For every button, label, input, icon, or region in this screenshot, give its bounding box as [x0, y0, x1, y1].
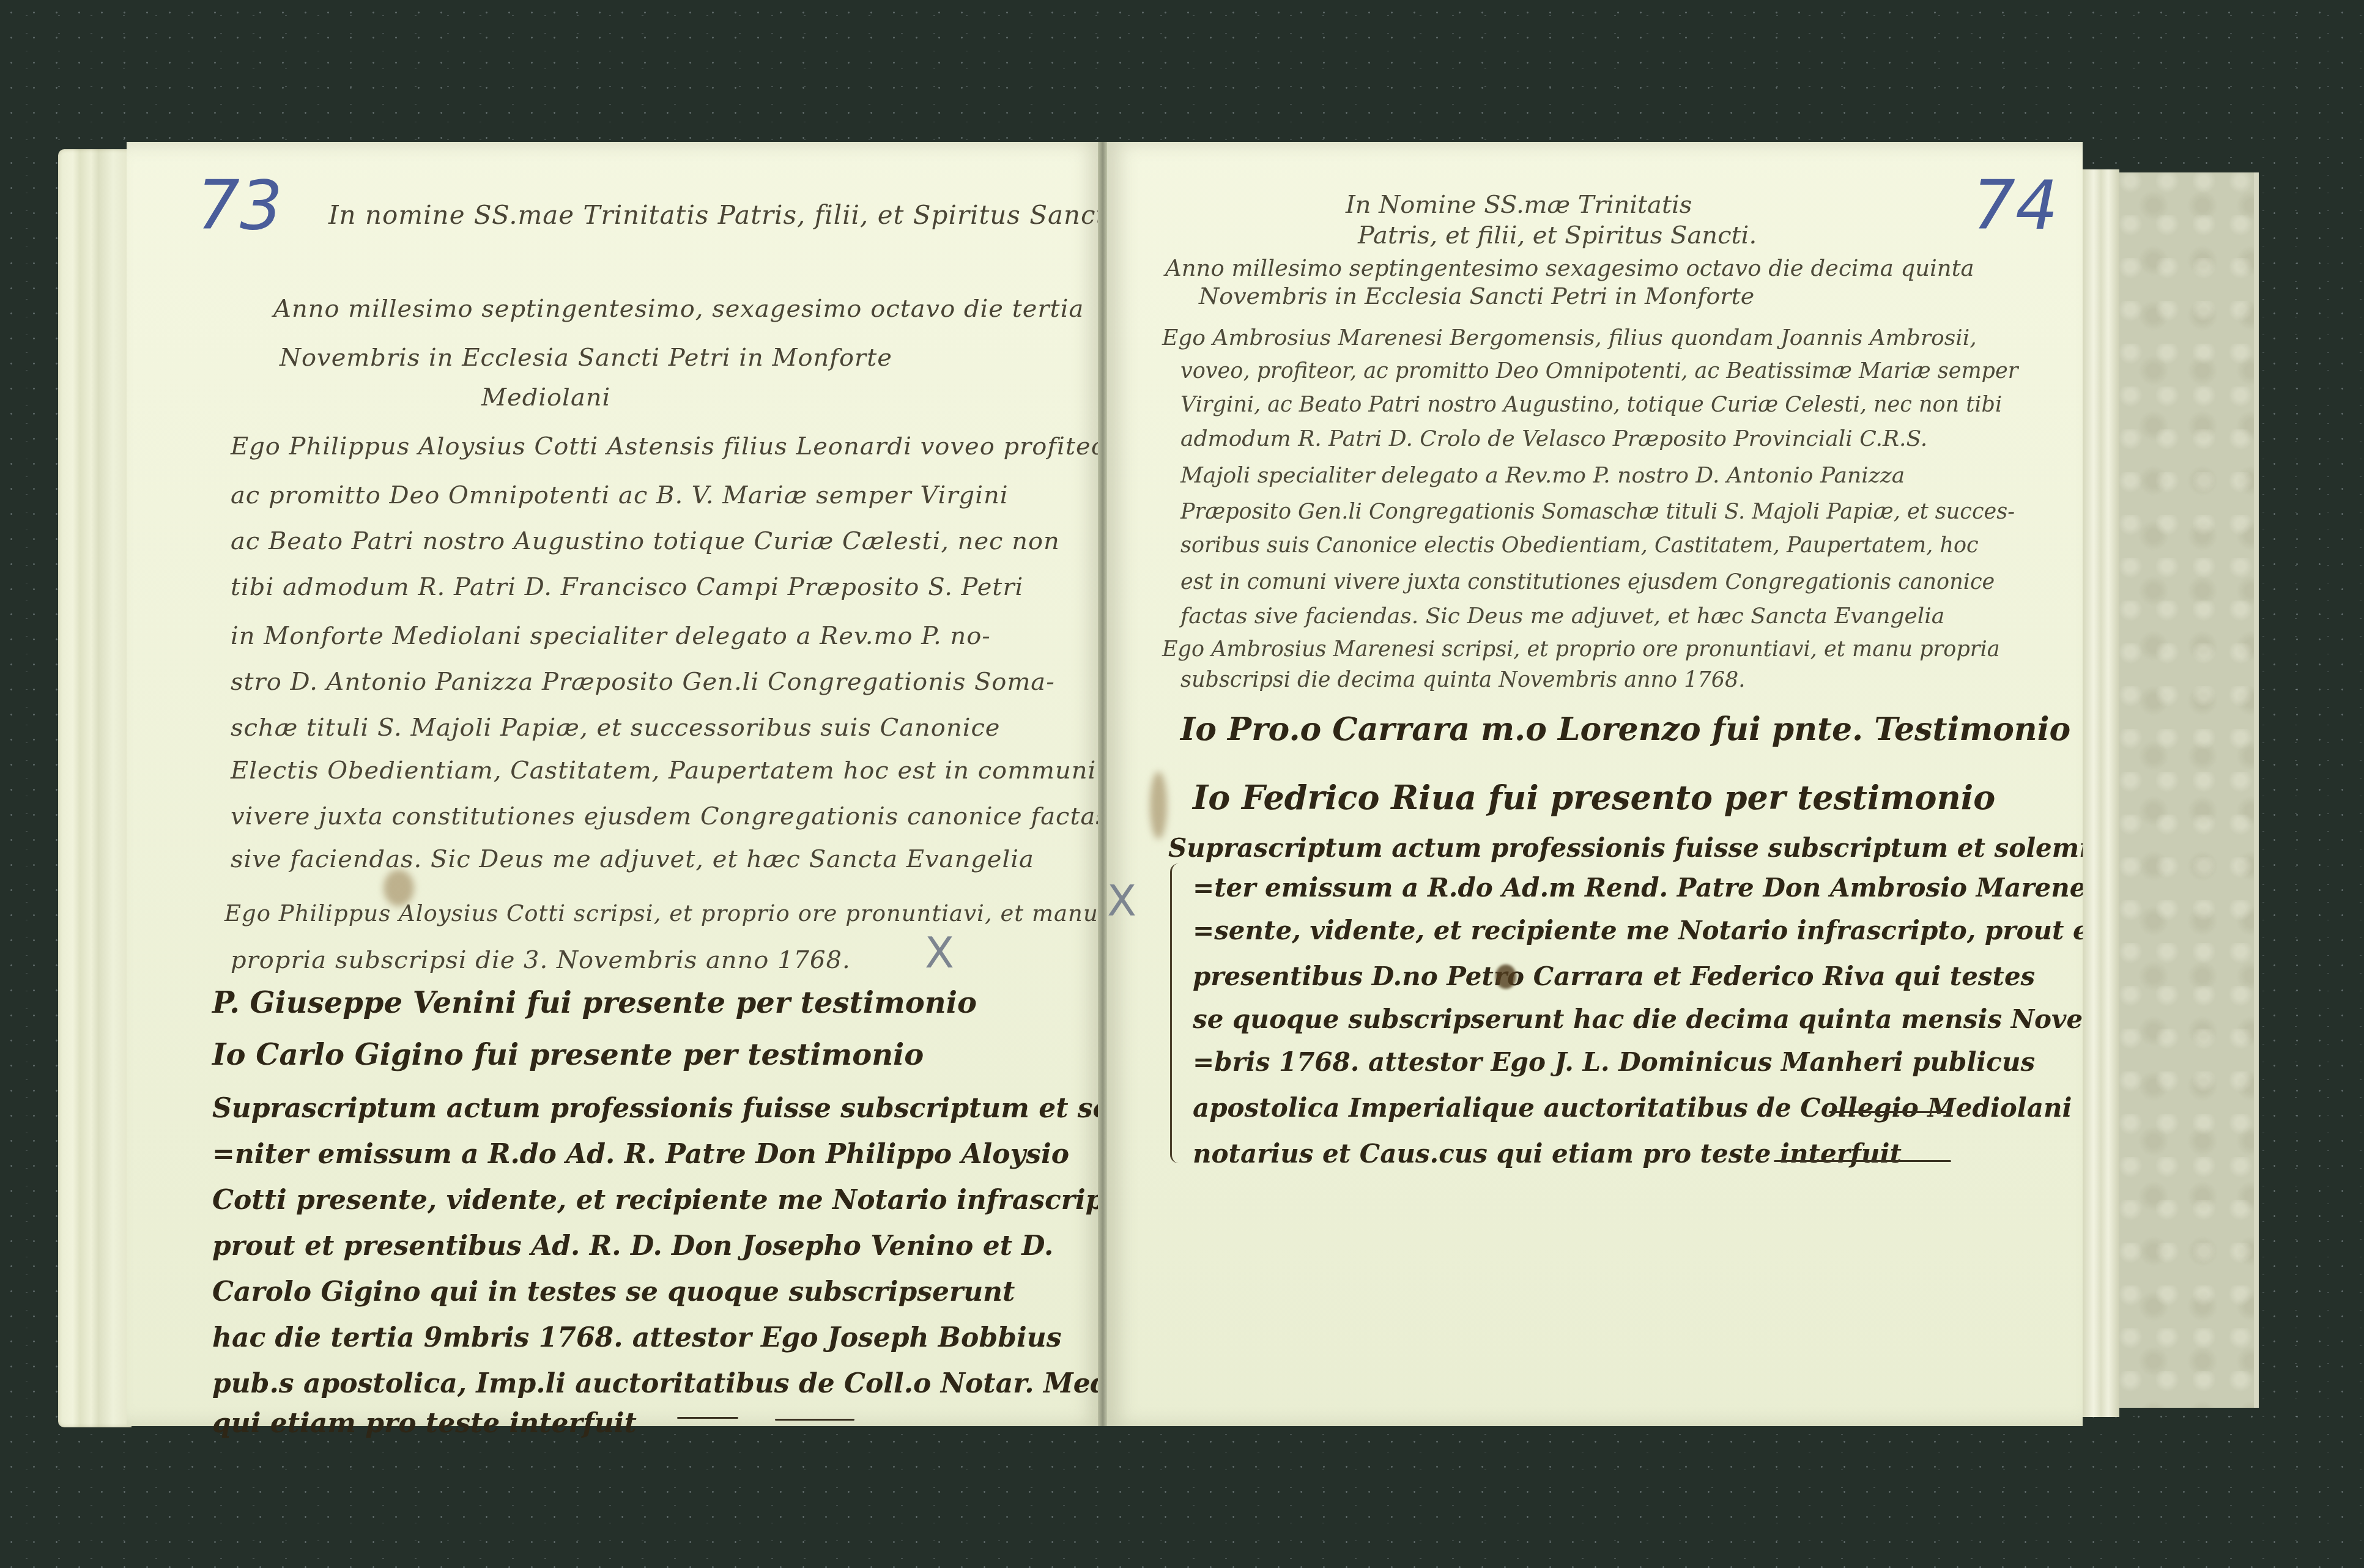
- notary-line: apostolica Imperialique auctoritatibus d…: [1193, 1093, 2072, 1123]
- right-line: est in comuni vivere juxta constitutione…: [1180, 570, 1995, 594]
- left-line: tibi admodum R. Patri D. Francisco Campi…: [231, 573, 1023, 601]
- notary-line: qui etiam pro teste interfuit: [212, 1408, 637, 1439]
- right-line: Novembris in Ecclesia Sancti Petri in Mo…: [1199, 283, 1754, 309]
- notary-line: =bris 1768. attestor Ego J. L. Dominicus…: [1193, 1047, 2035, 1077]
- flourish-line: [1829, 1111, 1951, 1113]
- flourish-line: [1774, 1160, 1951, 1162]
- witness-line: Io Fedrico Riua fui presento per testimo…: [1193, 778, 1995, 817]
- left-page-stack: [58, 149, 132, 1427]
- notary-line: =niter emissum a R.do Ad. R. Patre Don P…: [212, 1139, 1069, 1170]
- pencil-x-mark: X: [925, 928, 954, 978]
- left-line: schæ tituli S. Majoli Papiæ, et successo…: [231, 714, 1001, 742]
- witness-line: Io Pro.o Carrara m.o Lorenzo fui pnte. T…: [1180, 711, 2070, 748]
- notary-line: notarius et Caus.cus qui etiam pro teste…: [1193, 1139, 1902, 1169]
- notary-line: se quoque subscripserunt hac die decima …: [1193, 1004, 2121, 1034]
- notary-line: Suprascriptum actum professionis fuisse …: [212, 1093, 1177, 1124]
- left-heading: In nomine SS.mae Trinitatis Patris, fili…: [328, 200, 1116, 230]
- right-line: soribus suis Canonice electis Obedientia…: [1180, 533, 1979, 558]
- folio-number-left: 73: [197, 166, 283, 245]
- left-line: sive faciendas. Sic Deus me adjuvet, et …: [231, 845, 1034, 873]
- right-line: factas sive faciendas. Sic Deus me adjuv…: [1180, 604, 1944, 629]
- flourish-line: [775, 1419, 854, 1421]
- left-line: propria subscripsi die 3. Novembris anno…: [231, 946, 851, 974]
- right-line: Anno millesimo septingentesimo sexagesim…: [1165, 255, 1974, 281]
- left-line: in Monforte Mediolani specialiter delega…: [231, 622, 991, 650]
- flourish-line: [677, 1417, 738, 1419]
- right-heading: Patris, et filii, et Spiritus Sancti.: [1358, 221, 1757, 250]
- ink-blot: [1495, 964, 1516, 989]
- right-line: voveo, profiteor, ac promitto Deo Omnipo…: [1180, 359, 2018, 383]
- right-line: Majoli specialiter delegato a Rev.mo P. …: [1180, 463, 1905, 488]
- notary-line: pub.s apostolica, Imp.li auctoritatibus …: [212, 1368, 1119, 1399]
- right-line: admodum R. Patri D. Crolo de Velasco Præ…: [1180, 426, 1927, 451]
- notary-line: presentibus D.no Petro Carrara et Federi…: [1193, 961, 2035, 991]
- right-page-stack: [2083, 169, 2119, 1417]
- right-line: subscripsi die decima quinta Novembris a…: [1180, 668, 1745, 692]
- notary-line: Suprascriptum actum professionis fuisse …: [1168, 833, 2118, 863]
- paper-cover-edge: [2119, 172, 2259, 1408]
- book-gutter: [1098, 142, 1108, 1426]
- notary-line: =ter emissum a R.do Ad.m Rend. Patre Don…: [1193, 873, 2177, 903]
- left-line: Mediolani: [481, 383, 610, 412]
- right-line: Ego Ambrosius Marenesi Bergomensis, fili…: [1162, 325, 1977, 350]
- right-page: 74 In Nomine SS.mæ Trinitatis Patris, et…: [1107, 142, 2083, 1426]
- left-line: vivere juxta constitutiones ejusdem Cong…: [231, 802, 1109, 830]
- notary-bracket: [1170, 864, 1185, 1163]
- pencil-x-mark: X: [1107, 876, 1136, 926]
- left-line: Novembris in Ecclesia Sancti Petri in Mo…: [280, 344, 892, 372]
- notary-line: prout et presentibus Ad. R. D. Don Josep…: [212, 1230, 1053, 1262]
- ink-stain: [1150, 772, 1167, 839]
- right-heading: In Nomine SS.mæ Trinitatis: [1346, 191, 1692, 219]
- right-line: Præposito Gen.li Congregationis Somaschæ…: [1180, 500, 2015, 524]
- notary-line: Carolo Gigino qui in testes se quoque su…: [212, 1276, 1015, 1307]
- left-line: Electis Obedientiam, Castitatem, Paupert…: [231, 756, 1096, 785]
- left-line: ac Beato Patri nostro Augustino totique …: [231, 527, 1060, 555]
- left-line: Ego Philippus Aloysius Cotti scripsi, et…: [224, 900, 1099, 926]
- left-page: 73 In nomine SS.mae Trinitatis Patris, f…: [127, 142, 1102, 1426]
- left-line: ac promitto Deo Omnipotenti ac B. V. Mar…: [231, 481, 1008, 509]
- witness-line: P. Giuseppe Venini fui presente per test…: [212, 986, 977, 1020]
- notary-line: hac die tertia 9mbris 1768. attestor Ego…: [212, 1322, 1061, 1353]
- notary-line: Cotti presente, vidente, et recipiente m…: [212, 1185, 1135, 1216]
- right-line: Ego Ambrosius Marenesi scripsi, et propr…: [1162, 637, 2000, 662]
- witness-line: Io Carlo Gigino fui presente per testimo…: [212, 1038, 924, 1072]
- ink-stain: [384, 870, 414, 906]
- right-line: Virgini, ac Beato Patri nostro Augustino…: [1180, 393, 2002, 417]
- left-line: Ego Philippus Aloysius Cotti Astensis fi…: [231, 432, 1119, 460]
- left-line: Anno millesimo septingentesimo, sexagesi…: [273, 295, 1084, 323]
- notary-line: =sente, vidente, et recipiente me Notari…: [1193, 915, 2101, 945]
- left-line: stro D. Antonio Panizza Præposito Gen.li…: [231, 668, 1055, 696]
- open-register: 73 In nomine SS.mae Trinitatis Patris, f…: [58, 142, 2254, 1429]
- folio-number-right: 74: [1973, 166, 2058, 245]
